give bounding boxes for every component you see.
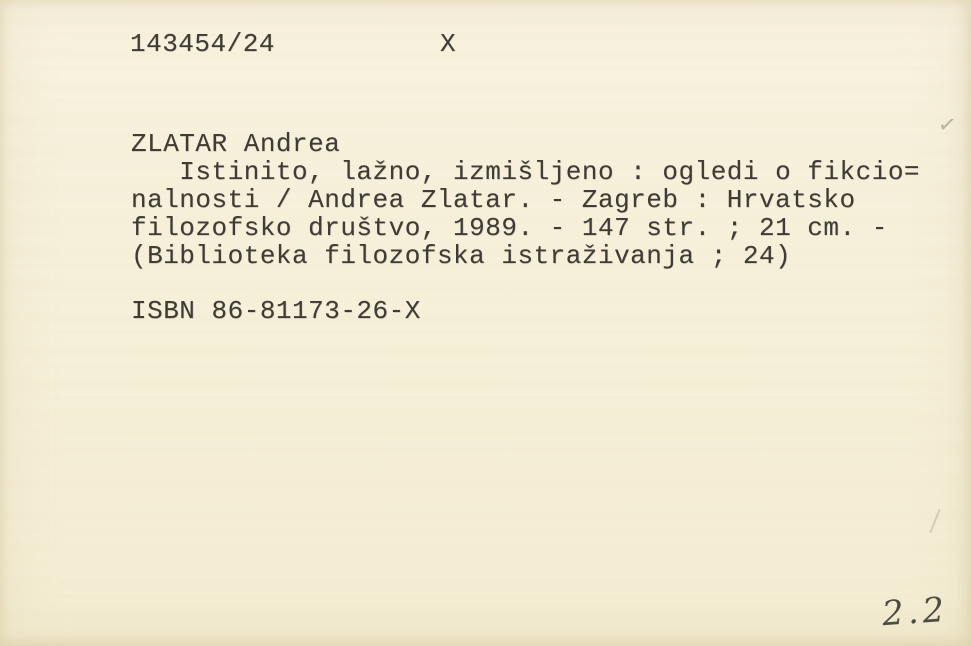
bibliographic-record: ZLATAR Andrea Istinito, lažno, izmišljen… [131, 130, 920, 325]
catalog-card: 143454/24 X ✓ ZLATAR Andrea Istinito, la… [0, 0, 971, 646]
author-heading: ZLATAR Andrea [131, 130, 920, 158]
title-line: Istinito, lažno, izmišljeno : ogledi o f… [131, 158, 920, 186]
classification-mark: X [440, 30, 456, 58]
series-line: (Biblioteka filozofska istraživanja ; 24… [131, 242, 920, 270]
pencil-checkmark: ✓ [936, 112, 958, 139]
imprint-line: filozofsko društvo, 1989. - 147 str. ; 2… [131, 214, 920, 242]
handwritten-shelf-note: 2.2 [881, 590, 950, 635]
card-header: 143454/24 X [130, 30, 275, 58]
pencil-slash-mark [929, 509, 941, 534]
statement-line: nalnosti / Andrea Zlatar. - Zagreb : Hrv… [131, 186, 920, 214]
call-number: 143454/24 [130, 30, 275, 58]
isbn-line: ISBN 86-81173-26-X [131, 297, 920, 325]
